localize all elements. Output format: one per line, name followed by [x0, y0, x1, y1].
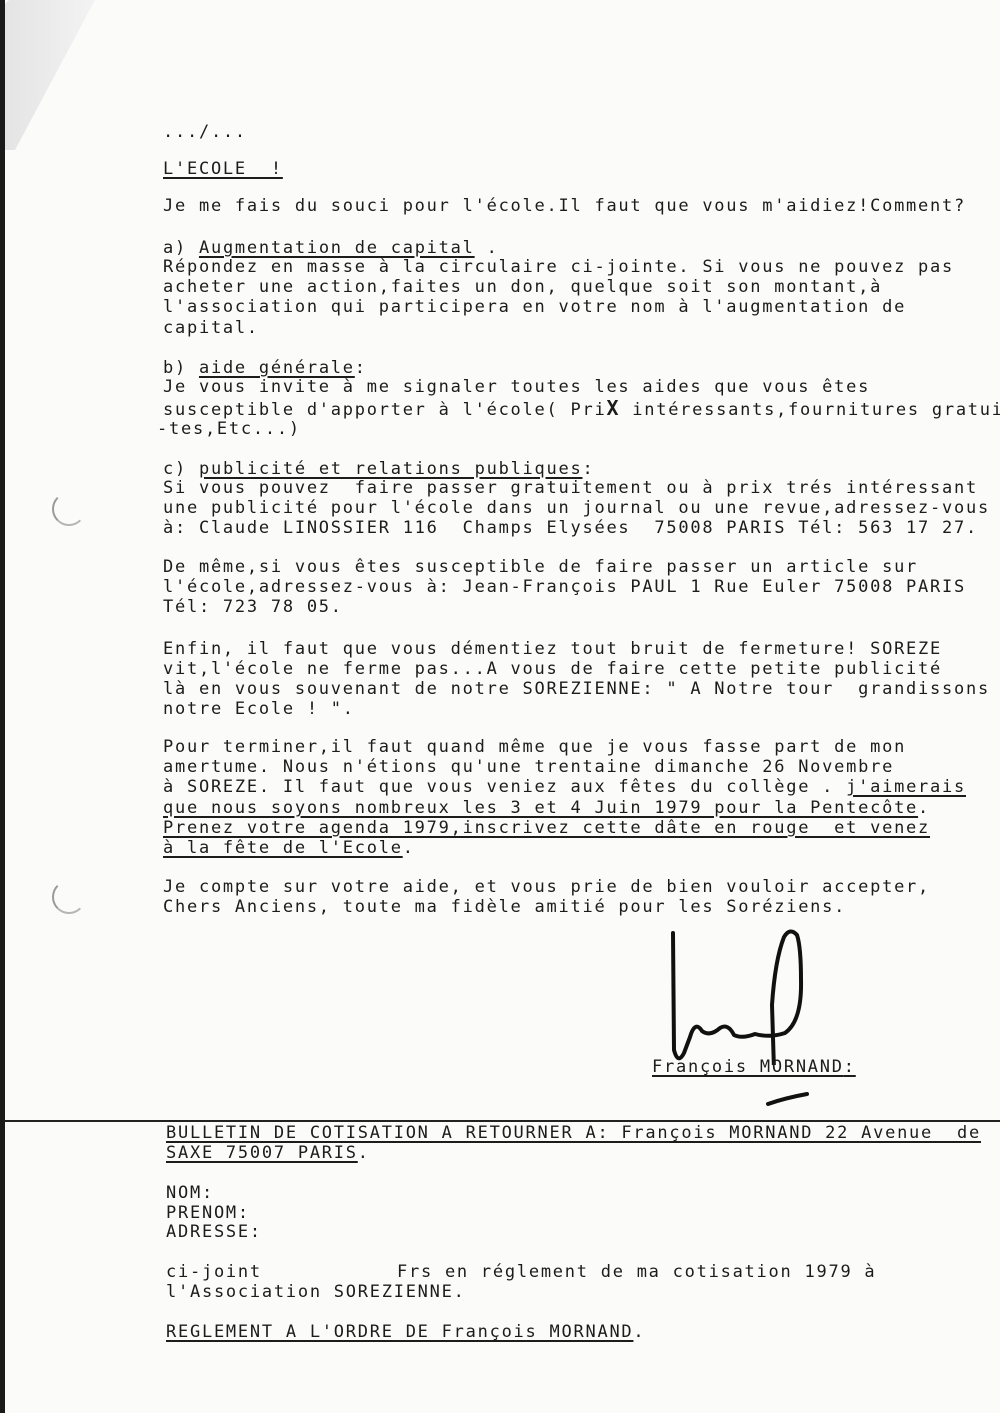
article-line: De même,si vous êtes susceptible de fair… — [163, 557, 918, 577]
payment-prefix: ci-joint — [166, 1262, 262, 1282]
section-b-line: Je vous invite à me signaler toutes les … — [163, 377, 870, 397]
signoff-line: Je compte sur votre aide, et vous prie d… — [163, 877, 930, 897]
signatory-name: François MORNAND: — [652, 1057, 856, 1077]
form-title-line: SAXE 75007 PARIS. — [166, 1143, 370, 1163]
folded-corner — [5, 0, 95, 150]
section-a-line: l'association qui participera en votre n… — [163, 297, 906, 317]
closing-line: à la fête de l'Ecole. — [163, 838, 415, 858]
section-b-heading: b) aide générale: — [163, 358, 367, 378]
continuation-mark: .../... — [163, 122, 247, 142]
section-c-line: Si vous pouvez faire passer gratuitement… — [163, 478, 978, 498]
rumor-line: notre Ecole ! ". — [163, 699, 355, 719]
payment-order-line: REGLEMENT A L'ORDRE DE François MORNAND. — [166, 1322, 645, 1342]
payment-text: l'Association SOREZIENNE. — [166, 1282, 466, 1302]
section-a-heading: a) Augmentation de capital . — [163, 238, 499, 258]
intro-text: Je me fais du souci pour l'école.Il faut… — [163, 196, 966, 216]
closing-line: Prenez votre agenda 1979,inscrivez cette… — [163, 818, 930, 838]
article-line: l'école,adressez-vous à: Jean-François P… — [163, 577, 966, 597]
section-a-line: acheter une action,faites un don, quelqu… — [163, 277, 882, 297]
closing-line: amertume. Nous n'étions qu'une trentaine… — [163, 757, 894, 777]
section-a-line: Répondez en masse à la circulaire ci-joi… — [163, 257, 954, 277]
punch-hole-bottom — [52, 880, 86, 914]
signature-stroke — [765, 1090, 815, 1120]
closing-line: à SOREZE. Il faut que vous veniez aux fê… — [163, 777, 966, 797]
handwritten-x-mark: X — [606, 396, 620, 420]
punch-hole-top — [52, 492, 86, 526]
form-title-line: BULLETIN DE COTISATION A RETOURNER A: Fr… — [166, 1123, 981, 1143]
scan-edge — [0, 0, 5, 1413]
rumor-line: là en vous souvenant de notre SOREZIENNE… — [163, 679, 990, 699]
signoff-line: Chers Anciens, toute ma fidèle amitié po… — [163, 897, 846, 917]
closing-line: Pour terminer,il faut quand même que je … — [163, 737, 906, 757]
page-heading: L'ECOLE ! — [163, 159, 283, 179]
section-a-line: capital. — [163, 318, 259, 338]
form-field-adresse: ADRESSE: — [166, 1222, 262, 1242]
section-c-line: à: Claude LINOSSIER 116 Champs Elysées 7… — [163, 518, 978, 538]
handwritten-signature — [660, 925, 820, 1065]
payment-text: Frs en réglement de ma cotisation 1979 à — [397, 1262, 876, 1282]
rumor-line: vit,l'école ne ferme pas...A vous de fai… — [163, 659, 942, 679]
closing-line: que nous soyons nombreux les 3 et 4 Juin… — [163, 798, 930, 818]
article-line: Tél: 723 78 05. — [163, 597, 343, 617]
cut-line-divider — [5, 1120, 1000, 1122]
section-c-line: une publicité pour l'école dans un journ… — [163, 498, 990, 518]
form-field-prenom: PRENOM: — [166, 1203, 250, 1223]
section-b-line: susceptible d'apporter à l'école( PriX i… — [163, 398, 1000, 420]
rumor-line: Enfin, il faut que vous démentiez tout b… — [163, 639, 942, 659]
section-c-heading: c) publicité et relations publiques: — [163, 459, 594, 479]
section-b-line: -tes,Etc...) — [157, 419, 301, 439]
form-field-nom: NOM: — [166, 1183, 214, 1203]
